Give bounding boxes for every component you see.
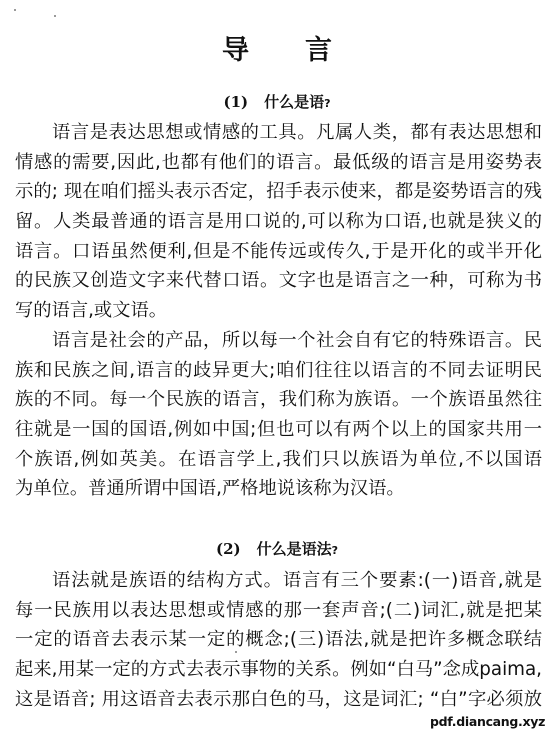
watermark: pdf.diancang.xyz [428,714,547,729]
question-mark: ? [332,544,338,557]
paragraph-1-2: 语言是社会的产品，所以每一个社会自有它的特殊语言。民 族和民族之间,语言的歧异更… [15,326,542,504]
text-line: 一定的语音去表示某一定的概念;(三)语法,就是把许多概念联结 [15,625,542,655]
text-line: 族和民族之间,语言的歧异更大;咱们往往以语言的不同去证明民 [15,356,542,386]
text-line: 留。人类最普通的语言是用口说的,可以称为口语,也就是狭义的 [15,207,542,237]
text-line: 写的语言,或文语。 [15,296,542,326]
scanned-book-page: 导言 (1)什么是语? 语言是表达思想或情感的工具。凡属人类，都有表达思想和 情… [0,0,554,755]
scan-speck [54,15,56,17]
text-line: 族的不同。每一个民族的语言，我们称为族语。一个族语虽然往 [15,385,542,415]
text-line: 每一民族用以表达思想或情感的那一套声音;(二)词汇,就是把某 [15,596,542,626]
section-number: (2) [216,540,241,558]
text-line: 为单位。普通所谓中国语,严格地说该称为汉语。 [15,474,542,504]
text-line: 语言是社会的产品，所以每一个社会自有它的特殊语言。民 [15,326,542,356]
text-line: 的民族又创造文字来代替口语。文字也是语言之一种，可称为书 [15,266,542,296]
text-line: 个族语,例如英美。在语言学上,我们只以族语为单位,不以国语 [15,445,542,475]
text-line: 这是语音; 用这语音去表示那白色的马，这是词汇; “白”字必须放 [15,685,542,715]
paragraph-1-1: 语言是表达思想或情感的工具。凡属人类，都有表达思想和 情感的需要,因此,也都有他… [15,118,542,326]
section-title: 什么是语 [264,93,324,111]
question-mark: ? [324,97,330,110]
section-number: (1) [223,93,248,111]
text-line: 语言。口语虽然便利,但是不能传远或传久,于是开化的或半开化 [15,237,542,267]
text-line: 示的; 现在咱们摇头表示否定，招手表示使来，都是姿势语言的残 [15,177,542,207]
text-line: 情感的需要,因此,也都有他们的语言。最低级的语言是用姿势表 [15,148,542,178]
chapter-title-char-2: 言 [305,35,332,66]
text-line: 往就是一国的国语,例如中国;但也可以有两个以上的国家共用一 [15,415,542,445]
paragraph-2-1: 语法就是族语的结构方式。语言有三个要素:(一)语音,就是 每一民族用以表达思想或… [15,566,542,714]
section-title: 什么是语法 [257,540,332,558]
section-heading-1: (1)什么是语? [0,91,554,112]
text-line: 语言是表达思想或情感的工具。凡属人类，都有表达思想和 [15,118,542,148]
section-heading-2: (2)什么是语法? [0,538,554,559]
chapter-title-char-1: 导 [222,35,249,66]
chapter-title: 导言 [0,28,554,67]
text-line: 语法就是族语的结构方式。语言有三个要素:(一)语音,就是 [15,566,542,596]
text-line: 起来,用某一定的方式去表示事物的关系。例如“白马”念成paima, [15,655,542,685]
scan-speck [14,9,16,11]
